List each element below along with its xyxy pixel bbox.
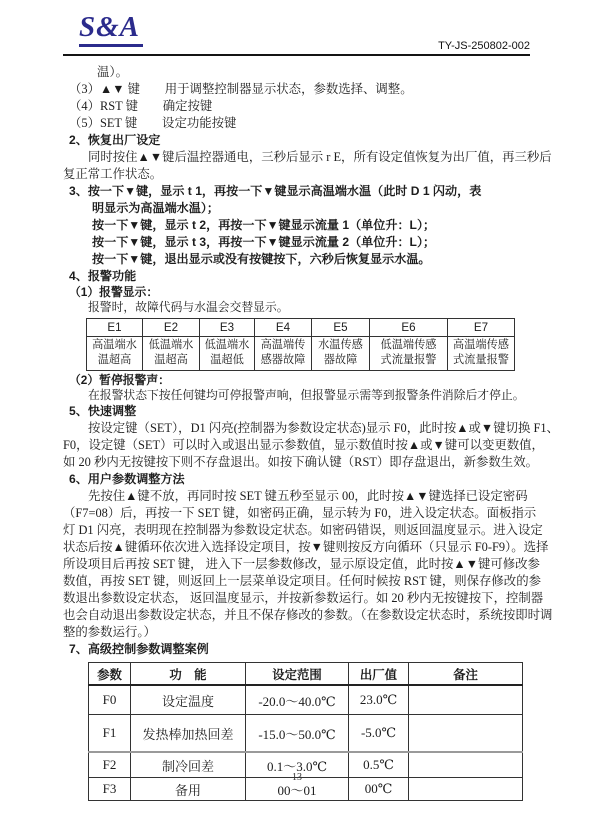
param-id: F1	[89, 715, 131, 753]
table-row: F0 设定温度 -20.0～40.0℃ 23.0℃	[89, 685, 523, 715]
text-line: 如 20 秒内无按键按下则不存盘退出。如按下确认键（RST）即存盘退出，新参数生…	[63, 454, 576, 471]
section-6-title: 6、用户参数调整方法	[69, 471, 576, 488]
alarm-desc-line: 水温传感	[312, 338, 369, 353]
key-item-3: （3）▲▼ 键 用于调整控制器显示状态，参数选择、调整。	[69, 81, 576, 98]
text-line: 按设定键（SET），D1 闪亮(控制器为参数设定状态)显示 F0，此时按▲或▼键…	[88, 420, 576, 437]
alarm-desc-row: 高温端水 温超高 低温端水 温超高 低温端水 温超低 高温端传 感器故障 水温传…	[87, 337, 515, 371]
text-line: 数退出参数设定状态， 返回温度显示，并按新参数运行。如 20 秒内无按键按下，控…	[63, 590, 576, 607]
parameter-table-header: 参数 功 能 设定范围 出厂值 备注	[89, 663, 523, 686]
param-function: 设定温度	[131, 685, 246, 715]
alarm-desc-line: 式流量报警	[370, 353, 447, 368]
alarm-desc: 低温端水 温超低	[200, 337, 255, 371]
alarm-display-text: 报警时，故障代码与水温会交替显示。	[88, 300, 576, 315]
text-line: 按一下▼键，退出显示或没有按键按下，六秒后恢复显示水温。	[92, 251, 576, 268]
alarm-code-table: E1 E2 E3 E4 E5 E6 E7 高温端水 温超高 低温端水 温超高 低…	[86, 318, 515, 371]
alarm-desc: 高温端传 感器故障	[255, 337, 312, 371]
alarm-desc-line: 低温端水	[200, 338, 254, 353]
alarm-code: E2	[143, 319, 200, 337]
param-range: -15.0～50.0℃	[246, 715, 349, 753]
col-header-default: 出厂值	[349, 663, 409, 686]
alarm-code: E1	[87, 319, 143, 337]
param-default: -5.0℃	[349, 715, 409, 753]
param-function: 发热棒加热回差	[131, 715, 246, 753]
text-line: 灯 D1 闪亮，表明现在控制器为参数设定状态。如密码错误，则返回温度显示。进入设…	[63, 522, 576, 539]
alarm-code: E5	[312, 319, 370, 337]
carryover-line: 温）。	[97, 64, 576, 81]
section-3-title: 3、按一下▼键，显示 t 1，再按一下▼键显示高温端水温（此时 D 1 闪动，表	[69, 183, 576, 200]
alarm-desc: 低温端水 温超高	[143, 337, 200, 371]
table-row: F1 发热棒加热回差 -15.0～50.0℃ -5.0℃	[89, 715, 523, 753]
text-line: 也会自动退出参数设定状态，并且不保存修改的参数。（在参数设定状态时，系统按即时调	[63, 607, 576, 624]
param-default: 23.0℃	[349, 685, 409, 715]
alarm-mute-text: 在报警状态下按任何键均可停报警声响，但报警显示需等到报警条件消除后才停止。	[88, 388, 576, 403]
alarm-desc: 高温端水 温超高	[87, 337, 143, 371]
col-header-param: 参数	[89, 663, 131, 686]
col-header-function: 功 能	[131, 663, 246, 686]
param-id: F0	[89, 685, 131, 715]
alarm-desc-line: 高温端传	[255, 338, 311, 353]
alarm-desc-line: 低温端水	[143, 338, 199, 353]
alarm-desc-line: 器故障	[312, 353, 369, 368]
text-line: 按一下▼键，显示 t 3，再按一下▼键显示流量 2（单位升：L）；	[92, 234, 576, 251]
alarm-desc-line: 温超高	[143, 353, 199, 368]
document-number: TY-JS-250802-002	[438, 40, 530, 52]
param-remark	[409, 715, 523, 753]
text-line: 先按住▲键不放，再同时按 SET 键五秒至显示 00，此时按▲▼键选择已设定密码	[88, 488, 576, 505]
alarm-code: E6	[370, 319, 448, 337]
alarm-desc-line: 式流量报警	[448, 353, 514, 368]
alarm-desc: 高温端传感 式流量报警	[448, 337, 515, 371]
document-body: 温）。 （3）▲▼ 键 用于调整控制器显示状态，参数选择、调整。 （4）RST …	[63, 64, 576, 801]
section-5-title: 5、快速调整	[69, 403, 576, 420]
page-header: S&A TY-JS-250802-002	[63, 0, 530, 56]
text-line: 按一下▼键，显示 t 2，再按一下▼键显示流量 1（单位升：L）；	[92, 217, 576, 234]
section-2-title: 2、恢复出厂设定	[69, 132, 576, 149]
text-line: （F7=08）后，再按一下 SET 键，如密码正确，显示转为 F0，进入设定状态…	[63, 505, 576, 522]
company-logo: S&A	[79, 13, 143, 47]
param-range: -20.0～40.0℃	[246, 685, 349, 715]
alarm-desc: 低温端传感 式流量报警	[370, 337, 448, 371]
alarm-code: E3	[200, 319, 255, 337]
key-item-5: （5）SET 键 设定功能按键	[69, 115, 576, 132]
alarm-desc: 水温传感 器故障	[312, 337, 370, 371]
alarm-desc-line: 温超低	[200, 353, 254, 368]
col-header-remark: 备注	[409, 663, 523, 686]
text-line: 状态后按▲键循环依次进入选择设定项目，按▼键则按反方向循环（只显示 F0-F9）…	[63, 539, 576, 556]
text-line: F0，设定键（SET）可以时入或退出显示参数值，显示数值时按▲或▼键可以变更数值…	[63, 437, 576, 454]
section-4-title: 4、报警功能	[69, 268, 576, 285]
col-header-range: 设定范围	[246, 663, 349, 686]
alarm-code: E4	[255, 319, 312, 337]
text-line: 复正常工作状态。	[63, 166, 576, 183]
text-line: 数值，再按 SET 键，则返回上一层菜单设定项目。任何时候按 RST 键，则保存…	[63, 573, 576, 590]
alarm-desc-line: 高温端水	[87, 338, 142, 353]
section-7-title: 7、高级控制参数调整案例	[69, 641, 576, 658]
alarm-display-label: （1）报警显示：	[69, 285, 576, 300]
alarm-desc-line: 低温端传感	[370, 338, 447, 353]
text-line: 所设项目后再按 SET 键， 进入下一层参数修改，显示原设定值，此时按▲▼键可修…	[63, 556, 576, 573]
text-line: 整的参数运行。）	[63, 624, 576, 641]
key-item-4: （4）RST 键 确定按键	[69, 98, 576, 115]
param-remark	[409, 685, 523, 715]
document-page: S&A TY-JS-250802-002 温）。 （3）▲▼ 键 用于调整控制器…	[0, 0, 594, 838]
alarm-mute-label: （2）暂停报警声：	[69, 373, 576, 388]
alarm-desc-line: 温超高	[87, 353, 142, 368]
text-line: 同时按住▲▼键后温控器通电，三秒后显示 r E，所有设定值恢复为出厂值，再三秒后	[88, 149, 576, 166]
alarm-desc-line: 高温端传感	[448, 338, 514, 353]
page-number: 13	[0, 772, 594, 783]
text-line: 明显示为高温端水温）；	[92, 200, 576, 217]
alarm-code-row: E1 E2 E3 E4 E5 E6 E7	[87, 319, 515, 337]
alarm-desc-line: 感器故障	[255, 353, 311, 368]
alarm-code: E7	[448, 319, 515, 337]
